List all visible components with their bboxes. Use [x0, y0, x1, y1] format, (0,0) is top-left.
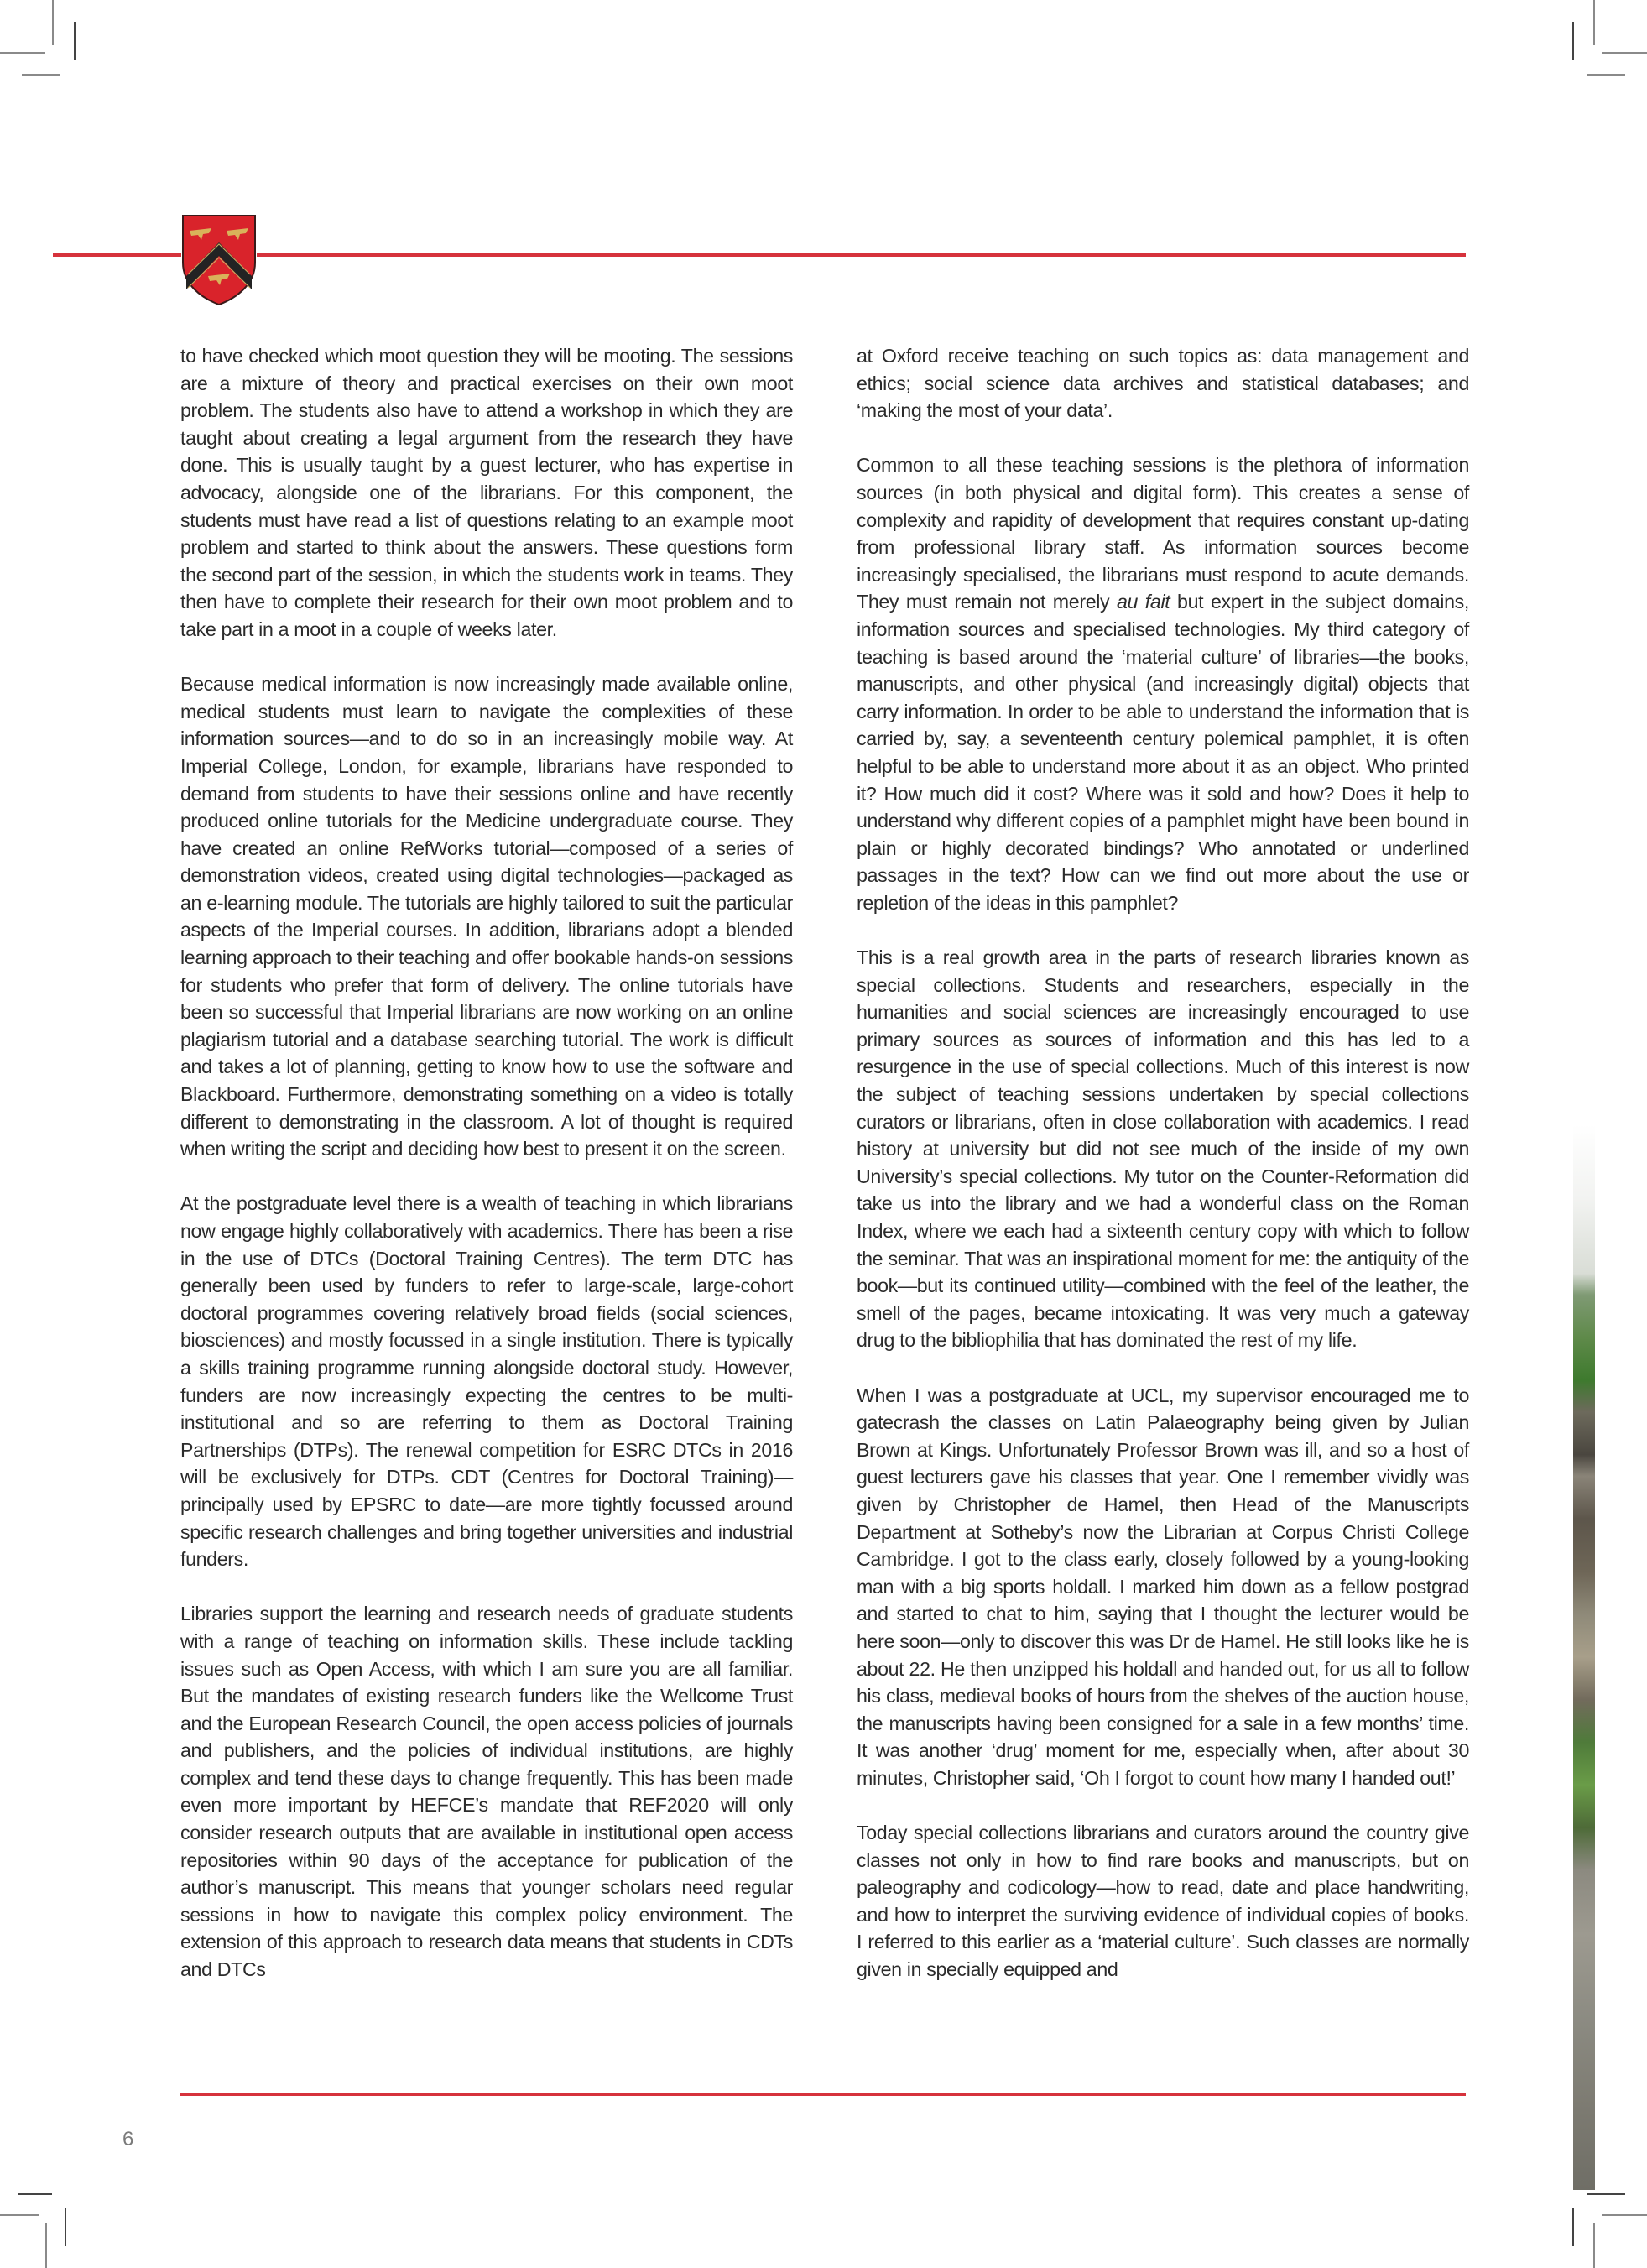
crop-mark	[52, 0, 54, 45]
paragraph: Common to all these teaching sessions is…	[857, 451, 1469, 916]
crop-mark	[1593, 2223, 1595, 2268]
paragraph: When I was a postgraduate at UCL, my sup…	[857, 1382, 1469, 1792]
footer-rule	[180, 2093, 1466, 2096]
paragraph: at Oxford receive teaching on such topic…	[857, 342, 1469, 425]
crop-mark	[1587, 2193, 1625, 2195]
crop-mark	[1587, 74, 1625, 76]
crop-mark	[1593, 0, 1595, 45]
crop-mark	[0, 2214, 39, 2216]
left-column: to have checked which moot question they…	[180, 342, 793, 1984]
right-column: at Oxford receive teaching on such topic…	[857, 342, 1469, 1984]
crop-mark	[18, 2193, 52, 2195]
crop-mark	[1602, 52, 1647, 54]
paragraph: to have checked which moot question they…	[180, 342, 793, 644]
crop-mark	[1602, 2214, 1647, 2216]
header-rule	[53, 253, 1466, 257]
text-run: but expert in the subject domains, infor…	[857, 591, 1469, 914]
crop-mark	[0, 52, 45, 54]
college-crest-icon	[181, 214, 257, 306]
text-run: Common to all these teaching sessions is…	[857, 454, 1469, 613]
paragraph: Today special collections librarians and…	[857, 1819, 1469, 1984]
italic-phrase: au fait	[1117, 591, 1170, 613]
crop-mark	[22, 74, 60, 76]
crop-mark	[74, 22, 76, 60]
page-number: 6	[122, 2128, 133, 2151]
paragraph: Libraries support the learning and resea…	[180, 1600, 793, 1983]
paragraph: At the postgraduate level there is a wea…	[180, 1190, 793, 1572]
crop-mark	[1572, 2208, 1574, 2246]
paragraph: Because medical information is now incre…	[180, 670, 793, 1163]
campus-photo-strip	[1573, 1124, 1595, 2190]
crop-mark	[65, 2208, 66, 2246]
paragraph: This is a real growth area in the parts …	[857, 944, 1469, 1354]
crop-mark	[45, 2223, 47, 2268]
crop-mark	[1572, 22, 1574, 60]
